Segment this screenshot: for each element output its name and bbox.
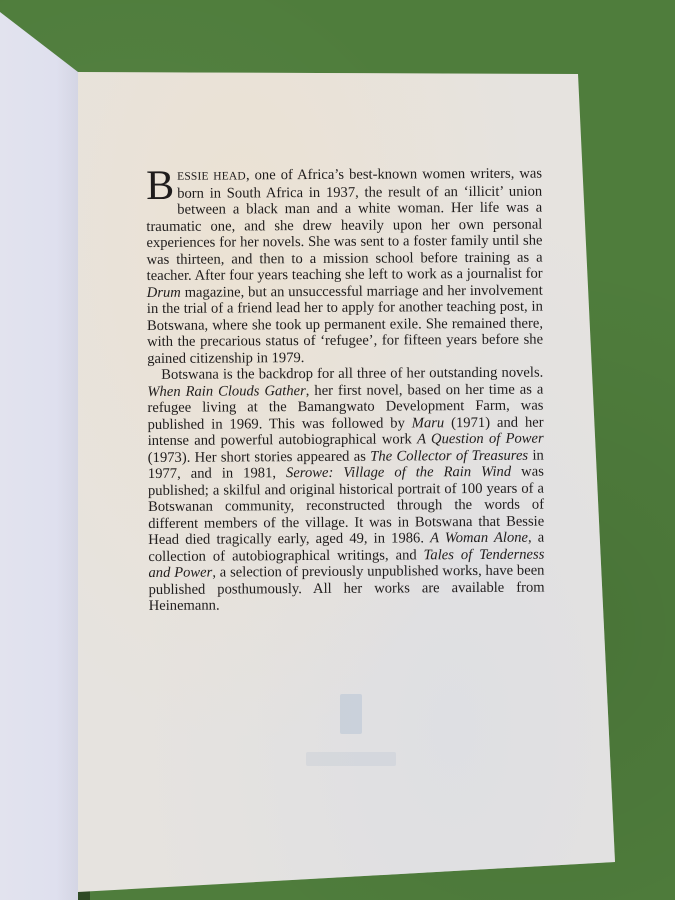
book-title: The Collector of Treasures [370, 447, 528, 464]
book-title: When Rain Clouds Gather [147, 383, 306, 400]
book-title: A Woman Alone [430, 530, 528, 547]
show-through-logo [340, 694, 362, 734]
show-through-text [306, 752, 396, 766]
book-title: Serowe: Village of the Rain Wind [286, 464, 511, 481]
book-cover-inside [0, 0, 80, 900]
book-title: A Question of Power [417, 431, 544, 448]
biography-paragraph-1: BESSIE HEAD, one of Africa’s best-known … [146, 166, 543, 367]
book-title: Maru [412, 415, 445, 431]
book-page: BESSIE HEAD, one of Africa’s best-known … [78, 72, 615, 892]
drop-cap: B [146, 169, 174, 203]
author-name: ESSIE HEAD [177, 170, 246, 182]
author-biography: BESSIE HEAD, one of Africa’s best-known … [146, 166, 545, 615]
magazine-title: Drum [147, 284, 181, 300]
biography-paragraph-2: Botswana is the backdrop for all three o… [147, 365, 545, 615]
